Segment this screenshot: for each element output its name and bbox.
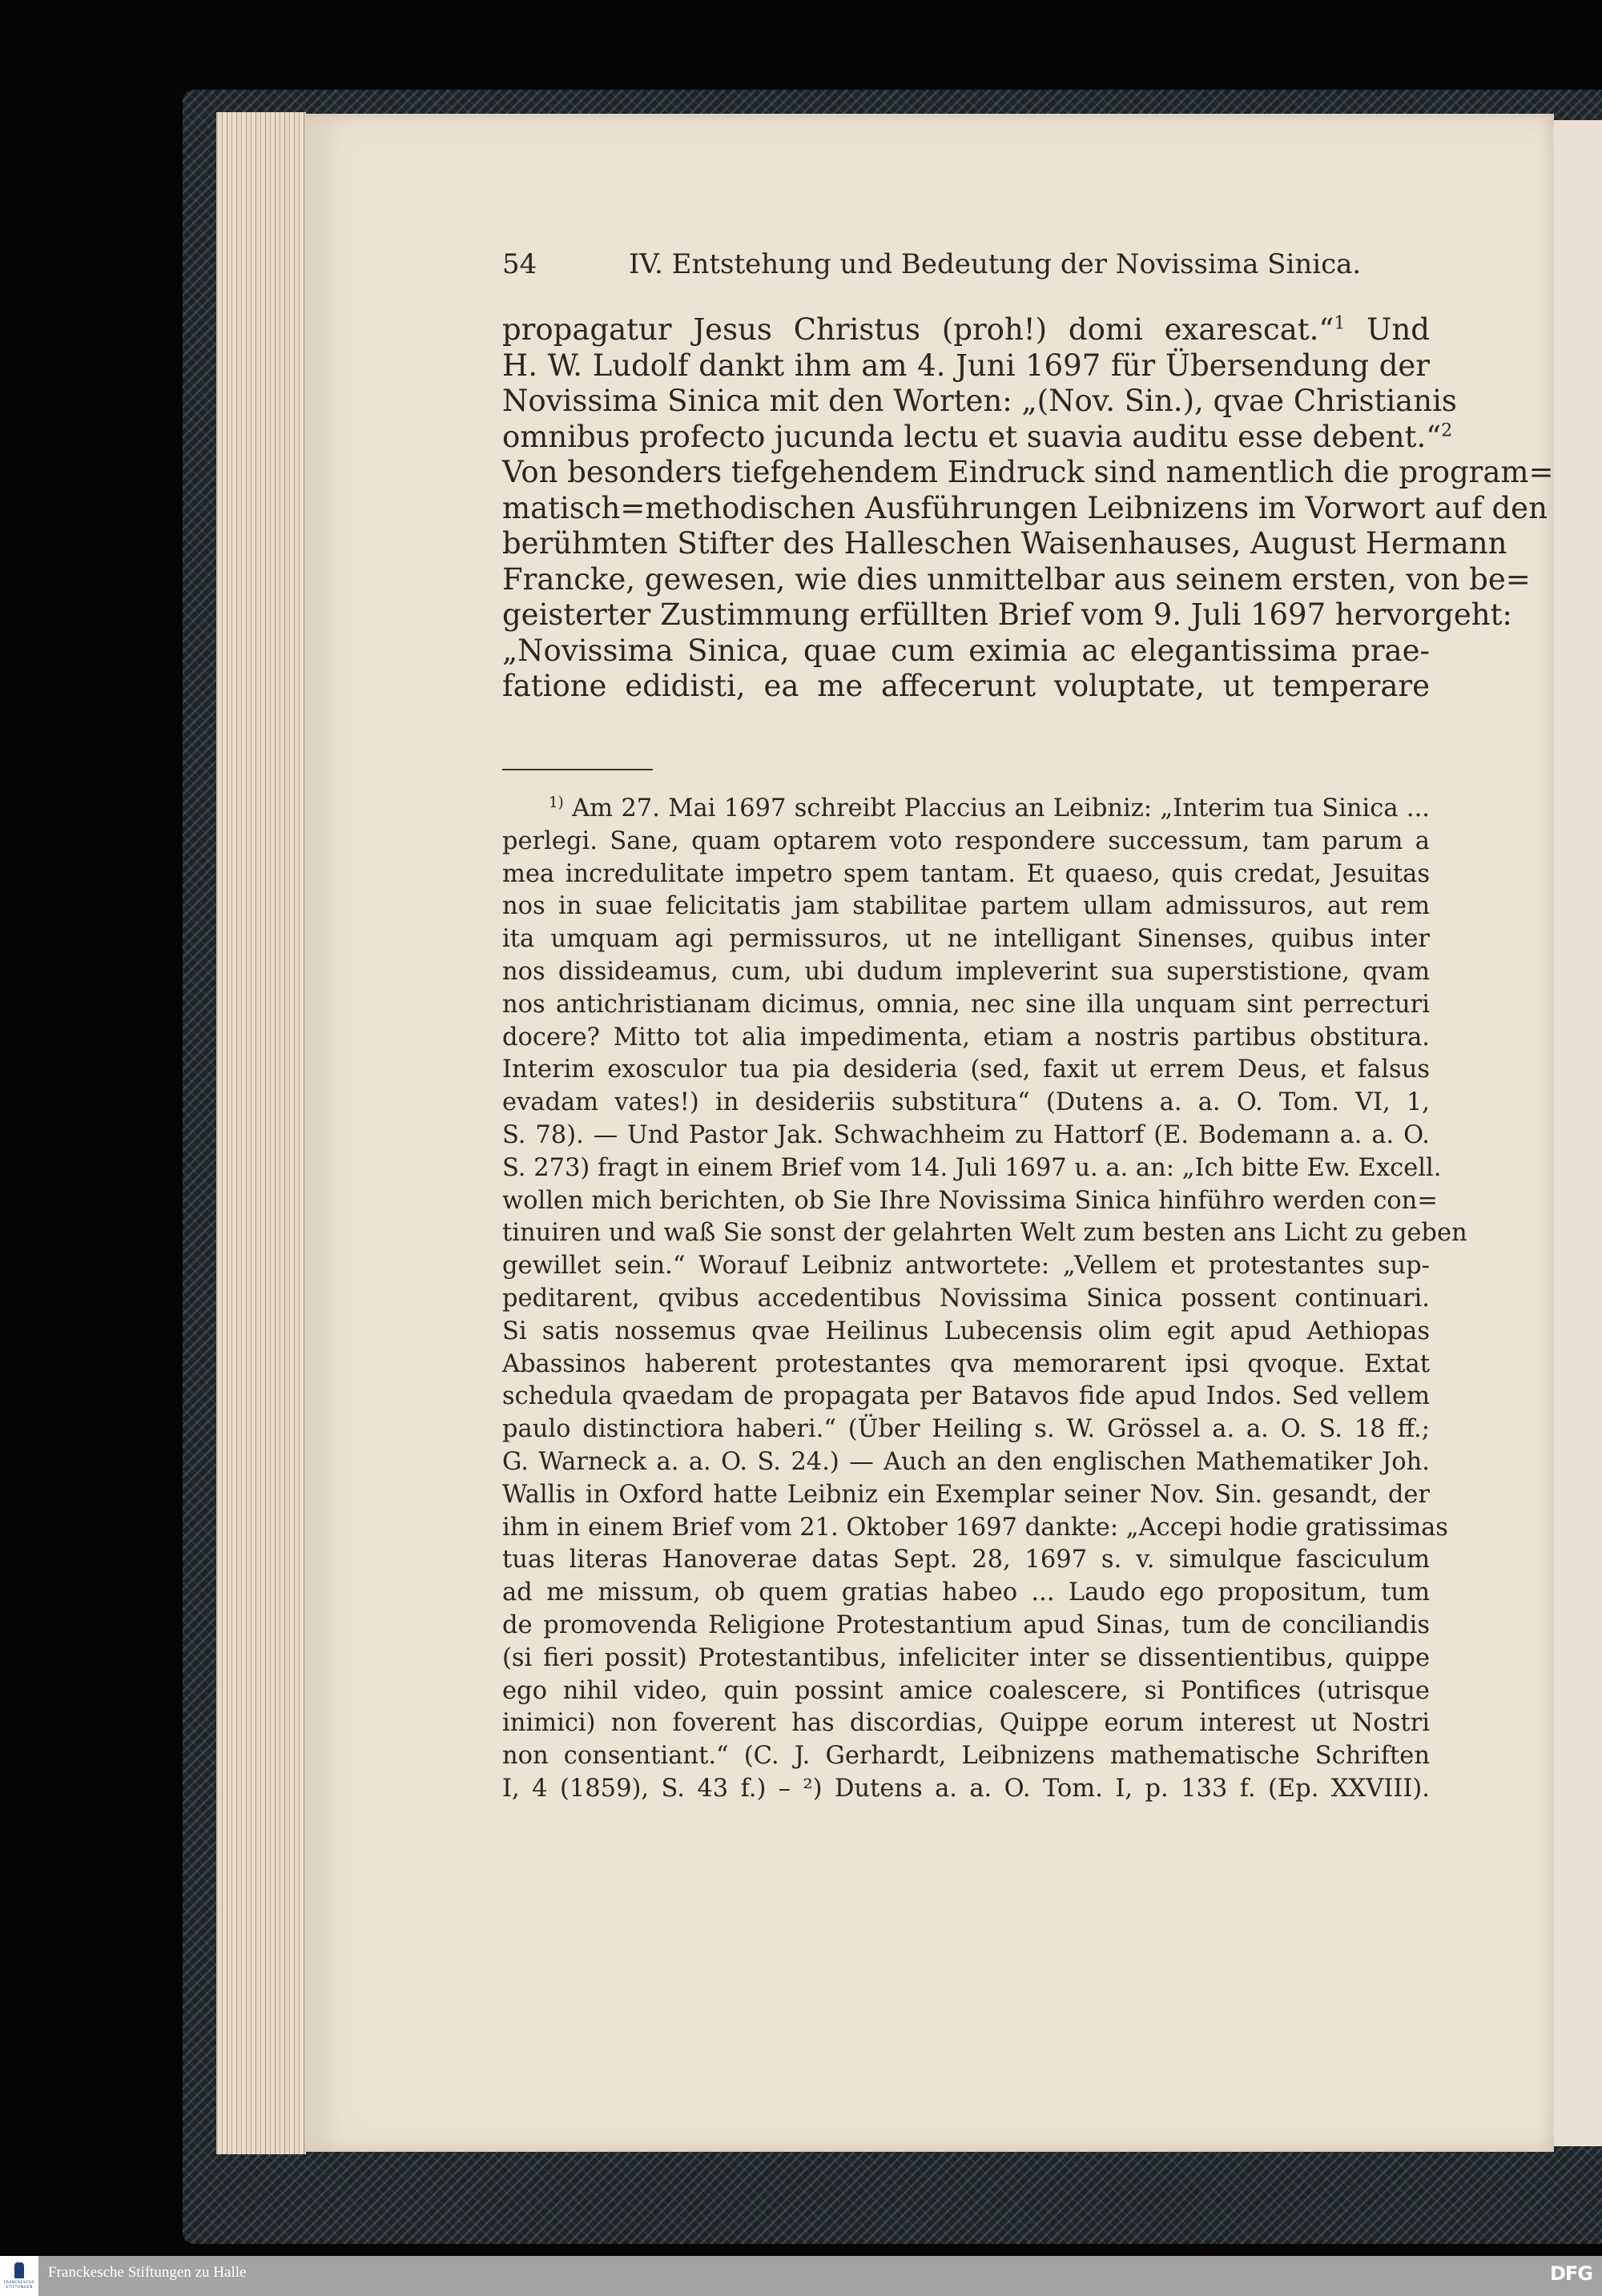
logo-text: FRANCKESCHE STIFTUNGEN (1, 2281, 38, 2290)
book-page: 54 IV. Entstehung und Bedeutung der Novi… (304, 114, 1554, 2152)
body-line: fatione edidisti, ea me affecerunt volup… (502, 669, 1430, 705)
footnote-line: mea incredulitate impetro spem tantam. E… (502, 858, 1430, 891)
page-number: 54 (502, 248, 537, 280)
body-line: Francke, gewesen, wie dies unmittelbar a… (502, 562, 1430, 598)
body-line: omnibus profecto jucunda lectu et suavia… (502, 420, 1430, 456)
footnote-line: ita umquam agi permissuros, ut ne intell… (502, 923, 1430, 956)
footnote-line: gewillet sein.“ Worauf Leibniz antwortet… (502, 1250, 1430, 1283)
footnote-line: Abassinos haberent protestantes qva memo… (502, 1349, 1430, 1381)
footnote-line: Interim exosculor tua pia desideria (sed… (502, 1054, 1430, 1087)
footnote-line: nos antichristianam dicimus, omnia, nec … (502, 989, 1430, 1022)
footnote-line: ego nihil video, quin possint amice coal… (502, 1675, 1430, 1708)
facing-page-edge (1552, 120, 1602, 2146)
body-line: geisterter Zustimmung erfüllten Brief vo… (502, 597, 1430, 633)
body-line: berühmten Stifter des Halleschen Waisenh… (502, 526, 1430, 562)
footnote-line: evadam vates!) in desideriis substitura“… (502, 1087, 1430, 1120)
footnote-line: 1) Am 27. Mai 1697 schreibt Placcius an … (502, 793, 1430, 826)
footnote-line: Si satis nossemus qvae Heilinus Lubecens… (502, 1316, 1430, 1349)
footnote-line: nos in suae felicitatis jam stabilitae p… (502, 891, 1430, 923)
body-line: „Novissima Sinica, quae cum eximia ac el… (502, 633, 1430, 669)
footnote-line: (si fieri possit) Protestantibus, infeli… (502, 1643, 1430, 1675)
footnote-line: G. Warneck a. a. O. S. 24.) — Auch an de… (502, 1446, 1430, 1479)
body-line: H. W. Ludolf dankt ihm am 4. Juni 1697 f… (502, 348, 1430, 384)
footnote-line: nos dissideamus, cum, ubi dudum implever… (502, 956, 1430, 989)
footnote-ref: 2 (1441, 420, 1452, 440)
footnote-separator (502, 769, 653, 770)
footnote-line: I, 4 (1859), S. 43 f.) – ²) Dutens a. a.… (502, 1773, 1430, 1806)
dfg-logo[interactable]: DFG (1550, 2262, 1592, 2285)
chapter-title: IV. Entstehung und Bedeutung der Novissi… (629, 248, 1361, 280)
footnote-line: tuas literas Hanoverae datas Sept. 28, 1… (502, 1544, 1430, 1577)
footnotes: 1) Am 27. Mai 1697 schreibt Placcius an … (502, 793, 1430, 1806)
footnote-line: perlegi. Sane, quam optarem voto respond… (502, 826, 1430, 858)
body-line: propagatur Jesus Christus (proh!) domi e… (502, 312, 1430, 348)
footnote-line: S. 78). — Und Pastor Jak. Schwachheim zu… (502, 1120, 1430, 1152)
statue-icon (14, 2262, 24, 2278)
page-stack-edges (216, 112, 306, 2154)
footnote-line: S. 273) fragt in einem Brief vom 14. Jul… (502, 1152, 1430, 1185)
footnote-line: ad me missum, ob quem gratias habeo ... … (502, 1577, 1430, 1610)
body-text: propagatur Jesus Christus (proh!) domi e… (502, 312, 1430, 705)
footer-bar: FRANCKESCHE STIFTUNGEN Franckesche Stift… (0, 2256, 1602, 2296)
franckesche-stiftungen-logo[interactable]: FRANCKESCHE STIFTUNGEN (0, 2256, 38, 2296)
footnote-marker: 1) (549, 794, 564, 811)
body-line: matisch=methodischen Ausführungen Leibni… (502, 491, 1430, 527)
footnote-line: paulo distinctiora haberi.“ (Über Heilin… (502, 1413, 1430, 1446)
footnote-line: docere? Mitto tot alia impedimenta, etia… (502, 1022, 1430, 1055)
footnote-line: tinuiren und waß Sie sonst der gelahrten… (502, 1217, 1430, 1250)
body-line: Novissima Sinica mit den Worten: „(Nov. … (502, 384, 1430, 420)
footnote-line: schedula qvaedam de propagata per Batavo… (502, 1381, 1430, 1413)
footnote-ref: 1 (1334, 313, 1345, 334)
body-line: Von besonders tiefgehendem Eindruck sind… (502, 455, 1430, 491)
footnote-line: de promovenda Religione Protestantium ap… (502, 1610, 1430, 1643)
institution-name[interactable]: Franckesche Stiftungen zu Halle (48, 2264, 246, 2282)
footnote-line: inimici) non foverent has discordias, Qu… (502, 1707, 1430, 1740)
footnote-line: ihm in einem Brief vom 21. Oktober 1697 … (502, 1512, 1430, 1545)
footnote-line: wollen mich berichten, ob Sie Ihre Novis… (502, 1185, 1430, 1218)
footnote-line: Wallis in Oxford hatte Leibniz ein Exemp… (502, 1479, 1430, 1512)
footnote-line: non consentiant.“ (C. J. Gerhardt, Leibn… (502, 1740, 1430, 1773)
footnote-line: peditarent, qvibus accedentibus Novissim… (502, 1283, 1430, 1316)
